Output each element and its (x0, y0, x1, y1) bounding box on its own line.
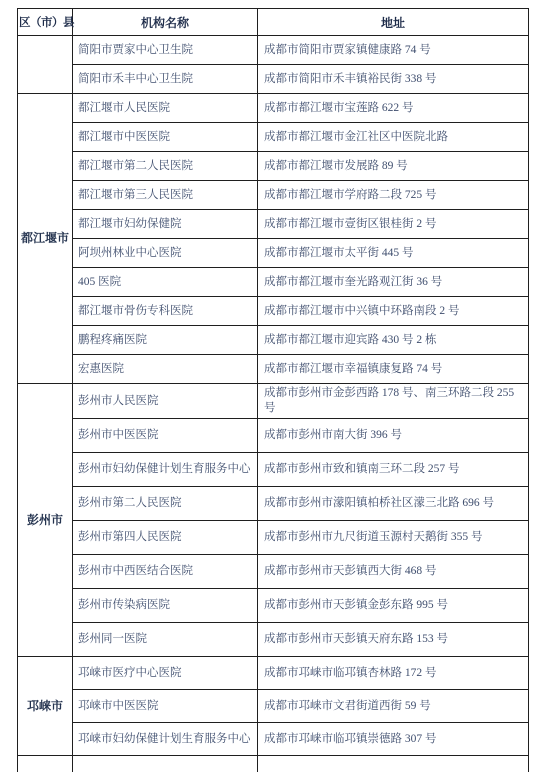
address-cell: 成都市都江堰市发展路 89 号 (258, 152, 529, 181)
column-header-address: 地址 (258, 9, 529, 36)
table-row: 阿坝州林业中心医院成都市都江堰市太平街 445 号 (18, 239, 529, 268)
address-cell: 成都市都江堰市宝莲路 622 号 (258, 94, 529, 123)
institution-name-cell: 鹏程疼痛医院 (73, 326, 258, 355)
table-row: 彭州市传染病医院成都市彭州市天彭镇金彭东路 995 号 (18, 589, 529, 623)
institution-name-cell: 都江堰市妇幼保健院 (73, 210, 258, 239)
address-cell: 成都市都江堰市学府路二段 725 号 (258, 181, 529, 210)
table-row: 都江堰市第二人民医院成都市都江堰市发展路 89 号 (18, 152, 529, 181)
table-row: 鹏程疼痛医院成都市都江堰市迎宾路 430 号 2 栋 (18, 326, 529, 355)
address-cell: 成都市邛崃市文君街道西街 59 号 (258, 690, 529, 723)
district-cell (18, 36, 73, 94)
institution-name-cell: 彭州同一医院 (73, 623, 258, 657)
table-row: 彭州市第二人民医院成都市彭州市濛阳镇柏桥社区濛三北路 696 号 (18, 487, 529, 521)
table-row: 405 医院成都市都江堰市奎光路观江街 36 号 (18, 268, 529, 297)
address-cell: 成都市都江堰市太平街 445 号 (258, 239, 529, 268)
table-row: 都江堰市都江堰市人民医院成都市都江堰市宝莲路 622 号 (18, 94, 529, 123)
institution-name-cell: 宏惠医院 (73, 355, 258, 384)
address-cell: 成都市邛崃市临邛镇崇德路 307 号 (258, 723, 529, 756)
table-row: 都江堰市骨伤专科医院成都市都江堰市中兴镇中环路南段 2 号 (18, 297, 529, 326)
institution-name-cell: 阿坝州林业中心医院 (73, 239, 258, 268)
address-cell: 成都市都江堰市中兴镇中环路南段 2 号 (258, 297, 529, 326)
institution-name-cell: 彭州市人民医院 (73, 384, 258, 419)
table-header: 区（市）县 机构名称 地址 (18, 9, 529, 36)
address-cell: 成都市简阳市禾丰镇裕民街 338 号 (258, 65, 529, 94)
table-row: 宏惠医院成都市都江堰市幸福镇康复路 74 号 (18, 355, 529, 384)
empty-cell (73, 756, 258, 773)
document-page: { "colors": { "border": "#1f1f1f", "head… (0, 0, 542, 782)
address-cell: 成都市都江堰市幸福镇康复路 74 号 (258, 355, 529, 384)
table-row: 邛崃市中医医院成都市邛崃市文君街道西街 59 号 (18, 690, 529, 723)
column-header-district: 区（市）县 (18, 9, 73, 36)
table-row: 简阳市贾家中心卫生院成都市简阳市贾家镇健康路 74 号 (18, 36, 529, 65)
empty-cell (18, 756, 73, 773)
institution-name-cell: 405 医院 (73, 268, 258, 297)
table-row: 彭州市彭州市人民医院成都市彭州市金彭西路 178 号、南三环路二段 255 号 (18, 384, 529, 419)
empty-cell (258, 756, 529, 773)
address-cell: 成都市彭州市九尺街道玉源村天鹅街 355 号 (258, 521, 529, 555)
table-row: 邛崃市邛崃市医疗中心医院成都市邛崃市临邛镇杏林路 172 号 (18, 657, 529, 690)
institution-name-cell: 都江堰市第三人民医院 (73, 181, 258, 210)
table-row: 都江堰市第三人民医院成都市都江堰市学府路二段 725 号 (18, 181, 529, 210)
table-row: 彭州市中医医院成都市彭州市南大街 396 号 (18, 419, 529, 453)
institution-name-cell: 彭州市第四人民医院 (73, 521, 258, 555)
address-cell: 成都市邛崃市临邛镇杏林路 172 号 (258, 657, 529, 690)
table-row: 都江堰市中医医院成都市都江堰市金江社区中医院北路 (18, 123, 529, 152)
institution-name-cell: 邛崃市医疗中心医院 (73, 657, 258, 690)
institution-name-cell: 彭州市传染病医院 (73, 589, 258, 623)
address-cell: 成都市彭州市濛阳镇柏桥社区濛三北路 696 号 (258, 487, 529, 521)
institution-name-cell: 彭州市中医医院 (73, 419, 258, 453)
address-cell: 成都市都江堰市奎光路观江街 36 号 (258, 268, 529, 297)
address-cell: 成都市彭州市致和镇南三环二段 257 号 (258, 453, 529, 487)
table-row: 彭州市中西医结合医院成都市彭州市天彭镇西大街 468 号 (18, 555, 529, 589)
district-cell: 彭州市 (18, 384, 73, 657)
address-cell: 成都市简阳市贾家镇健康路 74 号 (258, 36, 529, 65)
table-page: 区（市）县 机构名称 地址 简阳市贾家中心卫生院成都市简阳市贾家镇健康路 74 … (17, 8, 528, 772)
institution-name-cell: 都江堰市第二人民医院 (73, 152, 258, 181)
address-cell: 成都市彭州市天彭镇天府东路 153 号 (258, 623, 529, 657)
address-cell: 成都市彭州市天彭镇金彭东路 995 号 (258, 589, 529, 623)
institutions-table: 区（市）县 机构名称 地址 简阳市贾家中心卫生院成都市简阳市贾家镇健康路 74 … (17, 8, 529, 772)
address-cell: 成都市彭州市金彭西路 178 号、南三环路二段 255 号 (258, 384, 529, 419)
institution-name-cell: 彭州市第二人民医院 (73, 487, 258, 521)
table-row: 简阳市禾丰中心卫生院成都市简阳市禾丰镇裕民街 338 号 (18, 65, 529, 94)
table-row: 彭州市妇幼保健计划生育服务中心成都市彭州市致和镇南三环二段 257 号 (18, 453, 529, 487)
address-cell: 成都市彭州市南大街 396 号 (258, 419, 529, 453)
district-cell: 邛崃市 (18, 657, 73, 756)
address-cell: 成都市都江堰市金江社区中医院北路 (258, 123, 529, 152)
table-row: 彭州市第四人民医院成都市彭州市九尺街道玉源村天鹅街 355 号 (18, 521, 529, 555)
address-cell: 成都市都江堰市迎宾路 430 号 2 栋 (258, 326, 529, 355)
institution-name-cell: 简阳市贾家中心卫生院 (73, 36, 258, 65)
institution-name-cell: 都江堰市人民医院 (73, 94, 258, 123)
address-cell: 成都市都江堰市壹街区银桂街 2 号 (258, 210, 529, 239)
institution-name-cell: 都江堰市中医医院 (73, 123, 258, 152)
column-header-institution: 机构名称 (73, 9, 258, 36)
header-row: 区（市）县 机构名称 地址 (18, 9, 529, 36)
table-body: 简阳市贾家中心卫生院成都市简阳市贾家镇健康路 74 号简阳市禾丰中心卫生院成都市… (18, 36, 529, 773)
institution-name-cell: 邛崃市中医医院 (73, 690, 258, 723)
institution-name-cell: 彭州市中西医结合医院 (73, 555, 258, 589)
address-cell: 成都市彭州市天彭镇西大街 468 号 (258, 555, 529, 589)
table-row: 邛崃市妇幼保健计划生育服务中心成都市邛崃市临邛镇崇德路 307 号 (18, 723, 529, 756)
institution-name-cell: 邛崃市妇幼保健计划生育服务中心 (73, 723, 258, 756)
table-row: 彭州同一医院成都市彭州市天彭镇天府东路 153 号 (18, 623, 529, 657)
institution-name-cell: 简阳市禾丰中心卫生院 (73, 65, 258, 94)
district-cell: 都江堰市 (18, 94, 73, 384)
institution-name-cell: 彭州市妇幼保健计划生育服务中心 (73, 453, 258, 487)
institution-name-cell: 都江堰市骨伤专科医院 (73, 297, 258, 326)
table-row: 都江堰市妇幼保健院成都市都江堰市壹街区银桂街 2 号 (18, 210, 529, 239)
partial-row (18, 756, 529, 773)
